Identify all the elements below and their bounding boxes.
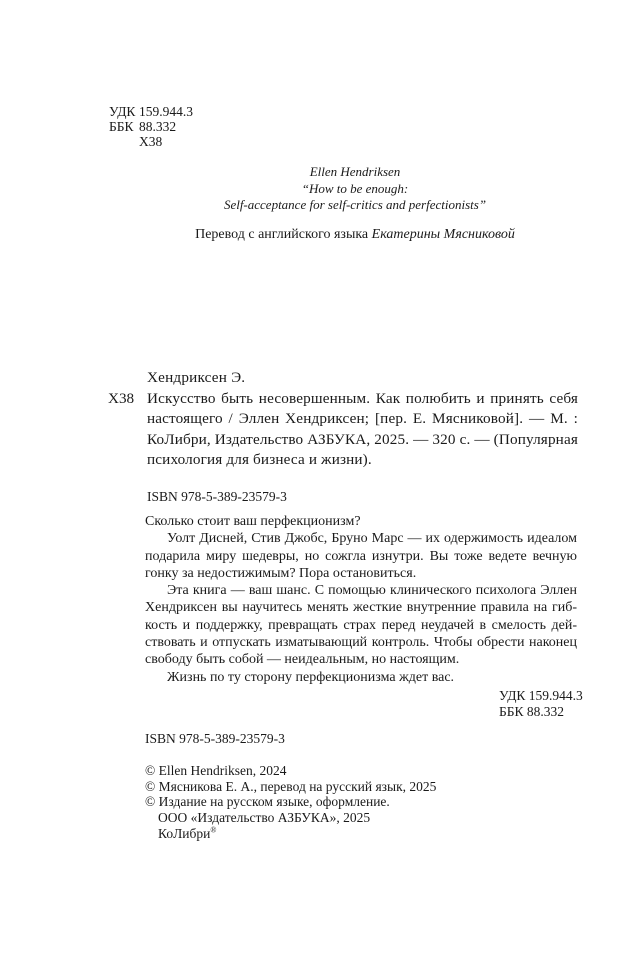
udk-row: УДК 159.944.3	[109, 104, 193, 119]
annotation-paragraph-3: Жизнь по ту сторону перфекционизма ждет …	[145, 669, 577, 686]
annotation-paragraph-2: Эта книга — ваш шанс. С помощью клиничес…	[145, 582, 577, 668]
imprint-name: КоЛибри	[158, 826, 210, 841]
isbn-bottom: ISBN 978-5-389-23579-3	[145, 731, 285, 747]
annotation: Сколько стоит ваш перфекционизм? Уолт Ди…	[145, 513, 577, 686]
copyright-line-2: © Мясникова Е. А., перевод на русский яз…	[145, 779, 436, 795]
translation-prefix: Перевод с английского языка	[195, 227, 368, 242]
original-title-line1: “How to be enough:	[140, 181, 570, 198]
original-author: Ellen Hendriksen	[140, 164, 570, 181]
annotation-question: Сколько стоит ваш перфекционизм?	[145, 513, 577, 530]
bbk-row: ББК 88.332	[109, 119, 193, 134]
author-sign: Х38	[139, 134, 162, 149]
bbk-bottom: ББК 88.332	[499, 704, 583, 720]
copyright-line-5: КоЛибри®	[145, 826, 436, 842]
author-heading: Хендриксен Э.	[108, 368, 578, 389]
copyright-line-4: ООО «Издательство АЗБУКА», 2025	[145, 810, 436, 826]
annotation-paragraph-1: Уолт Дисней, Стив Джобс, Бруно Марс — их…	[145, 530, 577, 582]
copyright-block: © Ellen Hendriksen, 2024 © Мясникова Е. …	[145, 763, 436, 842]
original-title-block: Ellen Hendriksen “How to be enough: Self…	[140, 164, 570, 214]
bbk-label: ББК	[109, 119, 139, 134]
bbk-value: 88.332	[139, 119, 176, 134]
bibliographic-entry: Хендриксен Э. Х38 Искусство быть несовер…	[108, 368, 578, 471]
entry-body: Х38 Искусство быть несовершенным. Как по…	[108, 389, 578, 471]
author-sign-row: Х38	[109, 134, 193, 149]
classification-codes-bottom: УДК 159.944.3 ББК 88.332	[499, 688, 583, 719]
translation-credit: Перевод с английского языка Екатерины Мя…	[140, 226, 570, 243]
isbn-top: ISBN 978-5-389-23579-3	[147, 489, 287, 505]
udk-label: УДК	[109, 104, 139, 119]
registered-mark-icon: ®	[210, 825, 216, 834]
copyright-line-1: © Ellen Hendriksen, 2024	[145, 763, 436, 779]
udk-bottom: УДК 159.944.3	[499, 688, 583, 704]
original-title-line2: Self-acceptance for self-critics and per…	[140, 197, 570, 214]
copyright-line-3: © Издание на русском языке, оформление.	[145, 794, 436, 810]
udk-value: 159.944.3	[139, 104, 193, 119]
entry-code: Х38	[108, 389, 147, 471]
translator-name: Екатерины Мясниковой	[372, 227, 515, 242]
entry-text: Искусство быть несовершенным. Как полюби…	[147, 389, 578, 471]
classification-codes-top: УДК 159.944.3 ББК 88.332 Х38	[109, 104, 193, 149]
